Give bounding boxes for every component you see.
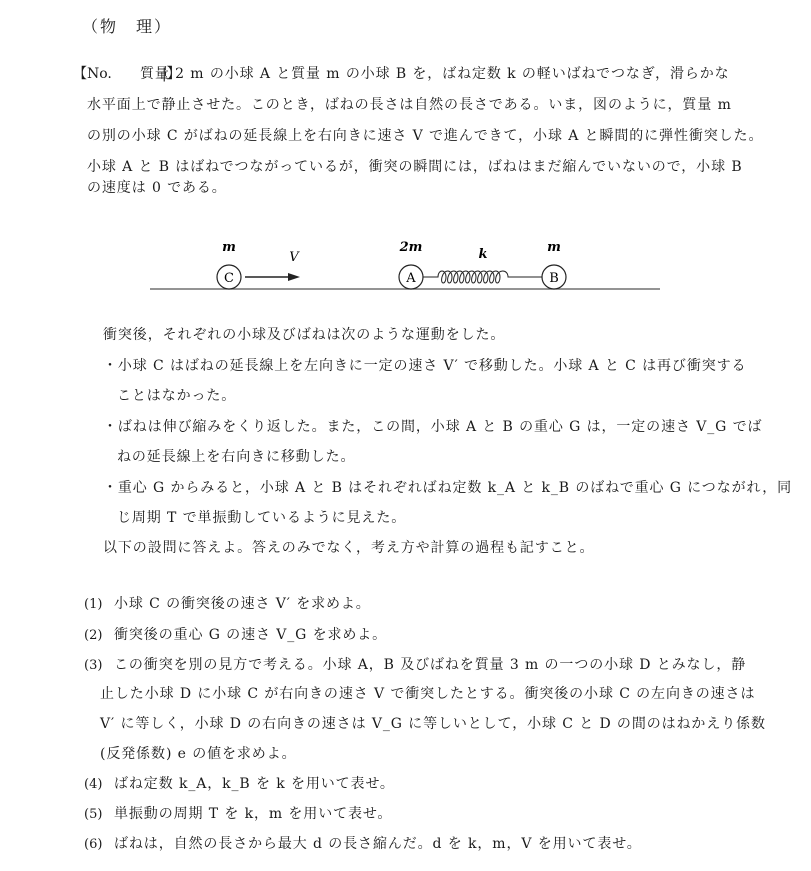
motion-bullet-2-cont: ねの延長線上を右向きに移動した。 [117,447,355,467]
velocity-label: V [289,250,300,265]
motion-bullet-3-cont: じ周期 T で単振動しているように見えた。 [117,508,406,528]
question-text: この衝突を別の見方で考える。小球 A，B 及びばねを質量 3 m の一つの小球 … [114,657,746,673]
question-6: (6)ばねは，自然の長さから最大 d の長さ縮んだ。d を k，m，V を用いて… [84,834,642,855]
subject-heading: （物 理） [82,14,172,37]
question-number: (3) [84,656,114,676]
question-text: 小球 C の衝突後の速さ V′ を求めよ。 [114,596,371,612]
intro-line-1: 質量 2 m の小球 A と質量 m の小球 B を，ばね定数 k の軽いばねで… [140,64,730,84]
mass-c-label: m [222,240,236,255]
ball-b-label: B [549,271,559,286]
intro-line-3: の別の小球 C がばねの延長線上を右向きに速さ V で進んできて，小球 A と瞬… [87,126,763,146]
intro-line-5: の速度は 0 である。 [87,178,227,198]
ball-a-label: A [405,271,416,286]
mass-b-label: m [547,240,561,255]
spring-icon [423,271,542,283]
question-number: (1) [84,595,114,615]
diagram-svg: m C V 2m A k m B [150,235,662,295]
instructions: 以下の設問に答えよ。答えのみでなく，考え方や計算の過程も記すこと。 [103,538,594,558]
question-5: (5)単振動の周期 T を k，m を用いて表せ。 [84,804,392,825]
question-1: (1)小球 C の衝突後の速さ V′ を求めよ。 [84,594,371,615]
problem-label-open: 【No. [73,66,112,82]
motion-bullet-3: ・重心 G からみると，小球 A と B はそれぞればね定数 k_A と k_B… [103,478,792,498]
question-3-line-2: 止した小球 D に小球 C が右向きの速さ V で衝突したとする。衝突後の小球 … [100,684,755,704]
motion-bullet-1: ・小球 C はばねの延長線上を左向きに一定の速さ V′ で移動した。小球 A と… [103,356,746,376]
collision-diagram: m C V 2m A k m B [150,235,662,295]
ball-c-label: C [224,271,234,286]
motion-line-1: 衝突後，それぞれの小球及びばねは次のような運動をした。 [103,325,505,345]
question-number: (6) [84,835,114,855]
question-3-line-3: V′ に等しく，小球 D の右向きの速さは V_G に等しいとして，小球 C と… [100,714,766,734]
arrow-right-icon [288,273,300,281]
intro-line-2: 水平面上で静止させた。このとき，ばねの長さは自然の長さである。いま，図のように，… [87,95,732,115]
question-number: (4) [84,775,114,795]
intro-line-4: 小球 A と B はばねでつながっているが，衝突の瞬間には，ばねはまだ縮んでいな… [87,157,743,177]
question-3-line-4: (反発係数) e の値を求めよ。 [100,744,297,764]
motion-bullet-2: ・ばねは伸び縮みをくり返した。また，この間，小球 A と B の重心 G は，一… [103,417,762,437]
question-text: ばねは，自然の長さから最大 d の長さ縮んだ。d を k，m，V を用いて表せ。 [114,836,642,852]
question-text: 衝突後の重心 G の速さ V_G を求めよ。 [114,627,387,643]
question-text: 単振動の周期 T を k，m を用いて表せ。 [114,806,392,822]
spring-constant-label: k [478,247,487,262]
question-number: (5) [84,805,114,825]
motion-bullet-1-cont: ことはなかった。 [117,386,236,406]
mass-a-label: 2m [399,240,423,255]
question-text: ばね定数 k_A，k_B を k を用いて表せ。 [114,776,395,792]
question-4: (4)ばね定数 k_A，k_B を k を用いて表せ。 [84,774,395,795]
question-3: (3)この衝突を別の見方で考える。小球 A，B 及びばねを質量 3 m の一つの… [84,655,746,676]
question-number: (2) [84,626,114,646]
question-2: (2)衝突後の重心 G の速さ V_G を求めよ。 [84,625,387,646]
